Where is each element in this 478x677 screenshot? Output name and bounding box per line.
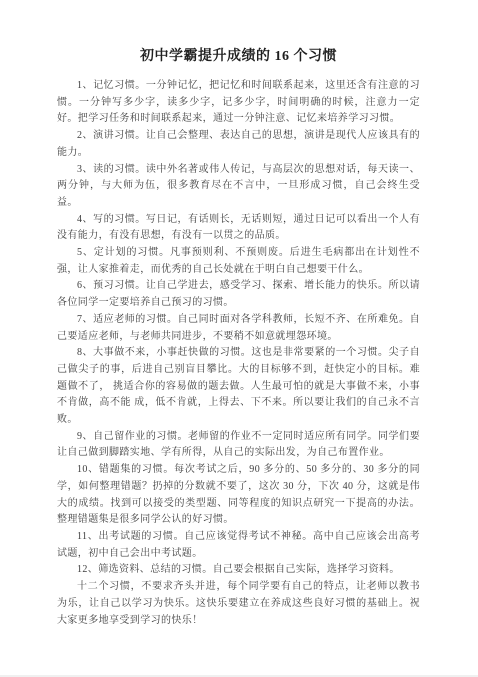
paragraph-2-speech-habit: 2、演讲习惯。让自己会整理、表达自己的思想，演讲是现代人应该具有的能力。 — [57, 128, 420, 161]
paragraph-11-make-exam-habit: 11、出考试题的习惯。自己应该觉得考试不神秘。高中自己应该会出高考试题，初中自己… — [57, 529, 420, 562]
paragraph-1-memory-habit: 1、记忆习惯。一分钟记忆，把记忆和时间联系起来，这里还含有注意的习惯。一分钟写多… — [57, 78, 420, 128]
paragraph-7-adapt-teacher-habit: 7、适应老师的习惯。自己同时面对各学科教师，长短不齐、在所难免。自己要适应老师，… — [57, 312, 420, 345]
paragraph-5-planning-habit: 5、定计划的习惯。凡事预则利、不预则废。后进生毛病都出在计划性不强，让人家推着走… — [57, 245, 420, 278]
paragraph-12-select-materials-habit: 12、筛选资料、总结的习惯。自己要会根据自己实际，选择学习资料。 — [57, 562, 420, 579]
paragraph-closing: 十二个习惯，不要求齐头并进，每个同学要有自己的特点，让老师以教书为乐，让自己以学… — [57, 579, 420, 629]
paragraph-3-reading-habit: 3、读的习惯。读中外名著或伟人传记，与高层次的思想对话，每天读一、两分钟，与大师… — [57, 162, 420, 212]
paragraph-6-preview-habit: 6、预习习惯。让自己学进去，感受学习、探索、增长能力的快乐。所以请各位同学一定要… — [57, 278, 420, 311]
paragraph-10-error-collection-habit: 10、错题集的习惯。每次考试之后，90 多分的、50 多分的、30 多分的同学，… — [57, 462, 420, 529]
paragraph-4-writing-habit: 4、写的习惯。写日记，有话则长，无话则短，通过日记可以看出一个人有没有能力，有没… — [57, 212, 420, 245]
paragraph-8-small-tasks-habit: 8、大事做不来，小事赶快做的习惯。这也是非常要紧的一个习惯。尖子自己做尖子的事，… — [57, 345, 420, 429]
document-page: 初中学霸提升成绩的 16 个习惯 1、记忆习惯。一分钟记忆，把记忆和时间联系起来… — [0, 0, 478, 677]
paragraph-9-self-homework-habit: 9、自己留作业的习惯。老师留的作业不一定同时适应所有同学。同学们要让自己做到脚踏… — [57, 429, 420, 462]
document-title: 初中学霸提升成绩的 16 个习惯 — [57, 48, 420, 66]
